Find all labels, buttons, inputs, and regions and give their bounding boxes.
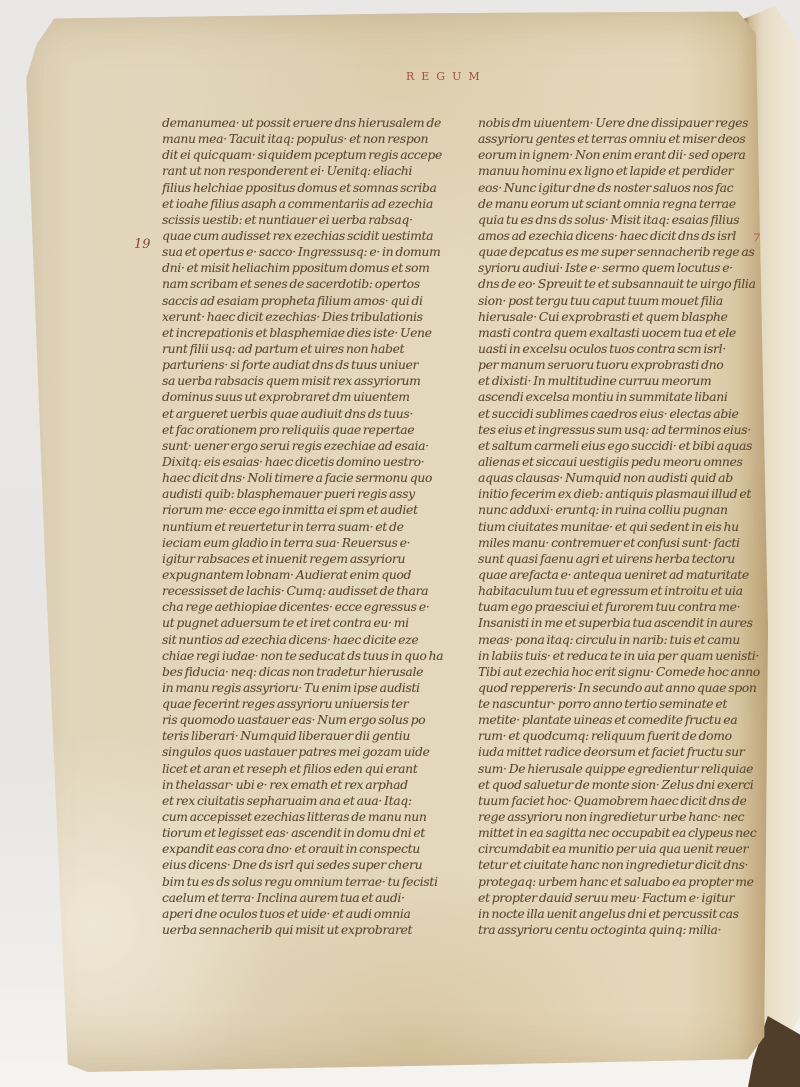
text-line: caelum et terra· Inclina aurem tua et au… xyxy=(162,890,428,906)
text-line: licet et aran et reseph et filios eden q… xyxy=(162,761,428,777)
text-line: dit ei quicquam· siquidem pceptum regis … xyxy=(162,147,428,163)
text-line: assyrioru gentes et terras omniu et mise… xyxy=(478,131,744,147)
running-title: REGUM xyxy=(406,70,566,83)
text-line: rum· et quodcumq: reliquum fuerit de dom… xyxy=(478,728,744,744)
text-line: et rex ciuitatis sepharuaim ana et aua· … xyxy=(162,793,428,809)
text-line: et fac orationem pro reliquiis quae repe… xyxy=(162,422,428,438)
text-line: tra assyrioru centu octoginta quinq: mil… xyxy=(478,922,744,938)
text-line: tium ciuitates munitae· et qui sedent in… xyxy=(478,519,744,535)
text-line: eius dicens· Dne ds isrl qui sedes super… xyxy=(162,857,428,873)
text-line: syrioru audiui· Iste e· sermo quem locut… xyxy=(478,260,744,276)
text-line: saccis ad esaiam propheta filium amos· q… xyxy=(162,293,428,309)
text-line: dominus suus ut exprobraret dm uiuentem xyxy=(162,389,428,405)
manuscript-photo: REGUM 19 70 demanumea· ut possit eruere … xyxy=(0,0,800,1087)
text-line: et increpationis et blasphemiae dies ist… xyxy=(162,325,428,341)
text-line: expugnantem lobnam· Audierat enim quod xyxy=(162,567,428,583)
text-line: miles manu· contremuer et confusi sunt· … xyxy=(478,535,744,551)
manuscript-page: REGUM 19 70 demanumea· ut possit eruere … xyxy=(18,10,774,1074)
text-line: amos ad ezechia dicens· haec dicit dns d… xyxy=(478,228,744,244)
text-line: in labiis tuis· et reduca te in uia per … xyxy=(478,648,744,664)
text-line: manuu hominu ex ligno et lapide et perdi… xyxy=(478,163,744,179)
text-line: demanumea· ut possit eruere dns hierusal… xyxy=(162,115,428,131)
text-line: alienas et siccaui uestigiis pedu meoru … xyxy=(478,454,744,470)
text-line: manu mea· Tacuit itaq: populus· et non r… xyxy=(162,131,428,147)
text-line: protegaq: urbem hanc et saluabo ea propt… xyxy=(478,874,744,890)
text-line: Insanisti in me et superbia tua ascendit… xyxy=(478,615,744,631)
text-line: scissis uestib: et nuntiauer ei uerba ra… xyxy=(162,212,428,228)
text-line: quae depcatus es me super sennacherib re… xyxy=(478,244,744,260)
text-line: aperi dne oculos tuos et uide· et audi o… xyxy=(162,906,428,922)
text-line: ut pugnet aduersum te et iret contra eu·… xyxy=(162,615,428,631)
text-line: masti contra quem exaltasti uocem tua et… xyxy=(478,325,744,341)
text-line: ascendi excelsa montiu in summitate liba… xyxy=(478,389,744,405)
text-line: nobis dm uiuentem· Uere dne dissipauer r… xyxy=(478,115,744,131)
text-line: tuam ego praesciui et furorem tuu contra… xyxy=(478,599,744,615)
text-line: expandit eas cora dno· et orauit in cons… xyxy=(162,841,428,857)
text-line: iuda mittet radice deorsum et faciet fru… xyxy=(478,744,744,760)
text-line: sunt quasi faenu agri et uirens herba te… xyxy=(478,551,744,567)
text-line: quod reppereris· In secundo aut anno qua… xyxy=(478,680,744,696)
text-line: et ioahe filius asaph a commentariis ad … xyxy=(162,196,428,212)
text-line: in nocte illa uenit angelus dni et percu… xyxy=(478,906,744,922)
text-line: rege assyrioru non ingredietur urbe hanc… xyxy=(478,809,744,825)
text-line: tuum faciet hoc· Quamobrem haec dicit dn… xyxy=(478,793,744,809)
text-line: et quod saluetur de monte sion· Zelus dn… xyxy=(478,777,744,793)
text-line: parturiens· si forte audiat dns ds tuus … xyxy=(162,357,428,373)
text-line: quia tu es dns ds solus· Misit itaq: esa… xyxy=(478,212,744,228)
text-line: hierusale· Cui exprobrasti et quem blasp… xyxy=(478,309,744,325)
text-line: igitur rabsaces et inuenit regem assyrio… xyxy=(162,551,428,567)
text-column-left: demanumea· ut possit eruere dns hierusal… xyxy=(162,115,428,938)
text-line: quae arefacta e· antequa ueniret ad matu… xyxy=(478,567,744,583)
text-line: de manu eorum ut sciant omnia regna terr… xyxy=(478,196,744,212)
text-line: Dixitq: eis esaias· haec dicetis domino … xyxy=(162,454,428,470)
text-line: uasti in excelsu oculos tuos contra scm … xyxy=(478,341,744,357)
text-line: in manu regis assyrioru· Tu enim ipse au… xyxy=(162,680,428,696)
text-line: sua et opertus e· sacco· Ingressusq: e· … xyxy=(162,244,428,260)
text-line: et propter dauid seruu meu· Factum e· ig… xyxy=(478,890,744,906)
text-line: teris liberari· Numquid liberauer dii ge… xyxy=(162,728,428,744)
text-line: recessisset de lachis· Cumq: audisset de… xyxy=(162,583,428,599)
text-line: eorum in ignem· Non enim erant dii· sed … xyxy=(478,147,744,163)
text-line: aquas clausas· Numquid non audisti quid … xyxy=(478,470,744,486)
text-line: nam scribam et senes de sacerdotib: oper… xyxy=(162,276,428,292)
text-line: meas· pona itaq: circulu in narib: tuis … xyxy=(478,632,744,648)
text-line: sum· De hierusale quippe egredientur rel… xyxy=(478,761,744,777)
text-line: habitaculum tuu et egressum et introitu … xyxy=(478,583,744,599)
text-column-right: nobis dm uiuentem· Uere dne dissipauer r… xyxy=(478,115,744,938)
text-line: initio fecerim ex dieb: antiquis plasmau… xyxy=(478,486,744,502)
text-line: tiorum et legisset eas· ascendit in domu… xyxy=(162,825,428,841)
text-line: et dixisti· In multitudine curruu meorum xyxy=(478,373,744,389)
text-line: per manum seruoru tuoru exprobrasti dno xyxy=(478,357,744,373)
text-line: et saltum carmeli eius ego succidi· et b… xyxy=(478,438,744,454)
text-line: ris quomodo uastauer eas· Num ergo solus… xyxy=(162,712,428,728)
text-line: circumdabit ea munitio per uia qua uenit… xyxy=(478,841,744,857)
text-line: in thelassar· ubi e· rex emath et rex ar… xyxy=(162,777,428,793)
text-line: tetur et ciuitate hanc non ingredietur d… xyxy=(478,857,744,873)
text-line: singulos quos uastauer patres mei gozam … xyxy=(162,744,428,760)
text-line: bes fiducia· neq: dicas non tradetur hie… xyxy=(162,664,428,680)
text-line: xerunt· haec dicit ezechias· Dies tribul… xyxy=(162,309,428,325)
text-line: et succidi sublimes caedros eius· electa… xyxy=(478,406,744,422)
text-line: nunc adduxi· eruntq: in ruina colliu pug… xyxy=(478,502,744,518)
text-line: nuntium et reuertetur in terra suam· et … xyxy=(162,519,428,535)
text-line: dns de eo· Spreuit te et subsannauit te … xyxy=(478,276,744,292)
text-line: filius helchiae ppositus domus et somnas… xyxy=(162,180,428,196)
text-line: sunt· uener ergo serui regis ezechiae ad… xyxy=(162,438,428,454)
text-line: sion· post tergu tuu caput tuum mouet fi… xyxy=(478,293,744,309)
text-line: cha rege aethiopiae dicentes· ecce egres… xyxy=(162,599,428,615)
text-line: dni· et misit heliachim ppositum domus e… xyxy=(162,260,428,276)
chapter-number: 19 xyxy=(134,237,151,252)
text-line: sa uerba rabsacis quem misit rex assyrio… xyxy=(162,373,428,389)
text-line: Tibi aut ezechia hoc erit signu· Comede … xyxy=(478,664,744,680)
text-line: rant ut non responderent ei· Uenitq: eli… xyxy=(162,163,428,179)
text-line: te nascuntur· porro anno tertio seminate… xyxy=(478,696,744,712)
text-line: quae fecerint reges assyrioru uniuersis … xyxy=(162,696,428,712)
text-line: chiae regi iudae· non te seducat ds tuus… xyxy=(162,648,428,664)
text-line: haec dicit dns· Noli timere a facie serm… xyxy=(162,470,428,486)
text-line: cum accepisset ezechias litteras de manu… xyxy=(162,809,428,825)
text-line: riorum me· ecce ego inmitta ei spm et au… xyxy=(162,502,428,518)
text-line: audisti quib: blasphemauer pueri regis a… xyxy=(162,486,428,502)
text-line: et argueret uerbis quae audiuit dns ds t… xyxy=(162,406,428,422)
text-line: metite· plantate uineas et comedite fruc… xyxy=(478,712,744,728)
text-line: bim tu es ds solus regu omnium terrae· t… xyxy=(162,874,428,890)
text-line: tes eius et ingressus sum usq: ad termin… xyxy=(478,422,744,438)
text-line: uerba sennacherib qui misit ut exprobrar… xyxy=(162,922,428,938)
text-line: runt filii usq: ad partum et uires non h… xyxy=(162,341,428,357)
text-line: ieciam eum gladio in terra sua· Reuersus… xyxy=(162,535,428,551)
text-line: eos· Nunc igitur dne ds noster saluos no… xyxy=(478,180,744,196)
text-line: quae cum audisset rex ezechias scidit ue… xyxy=(162,228,428,244)
text-line: sit nuntios ad ezechia dicens· haec dici… xyxy=(162,632,428,648)
text-line: mittet in ea sagitta nec occupabit ea cl… xyxy=(478,825,744,841)
